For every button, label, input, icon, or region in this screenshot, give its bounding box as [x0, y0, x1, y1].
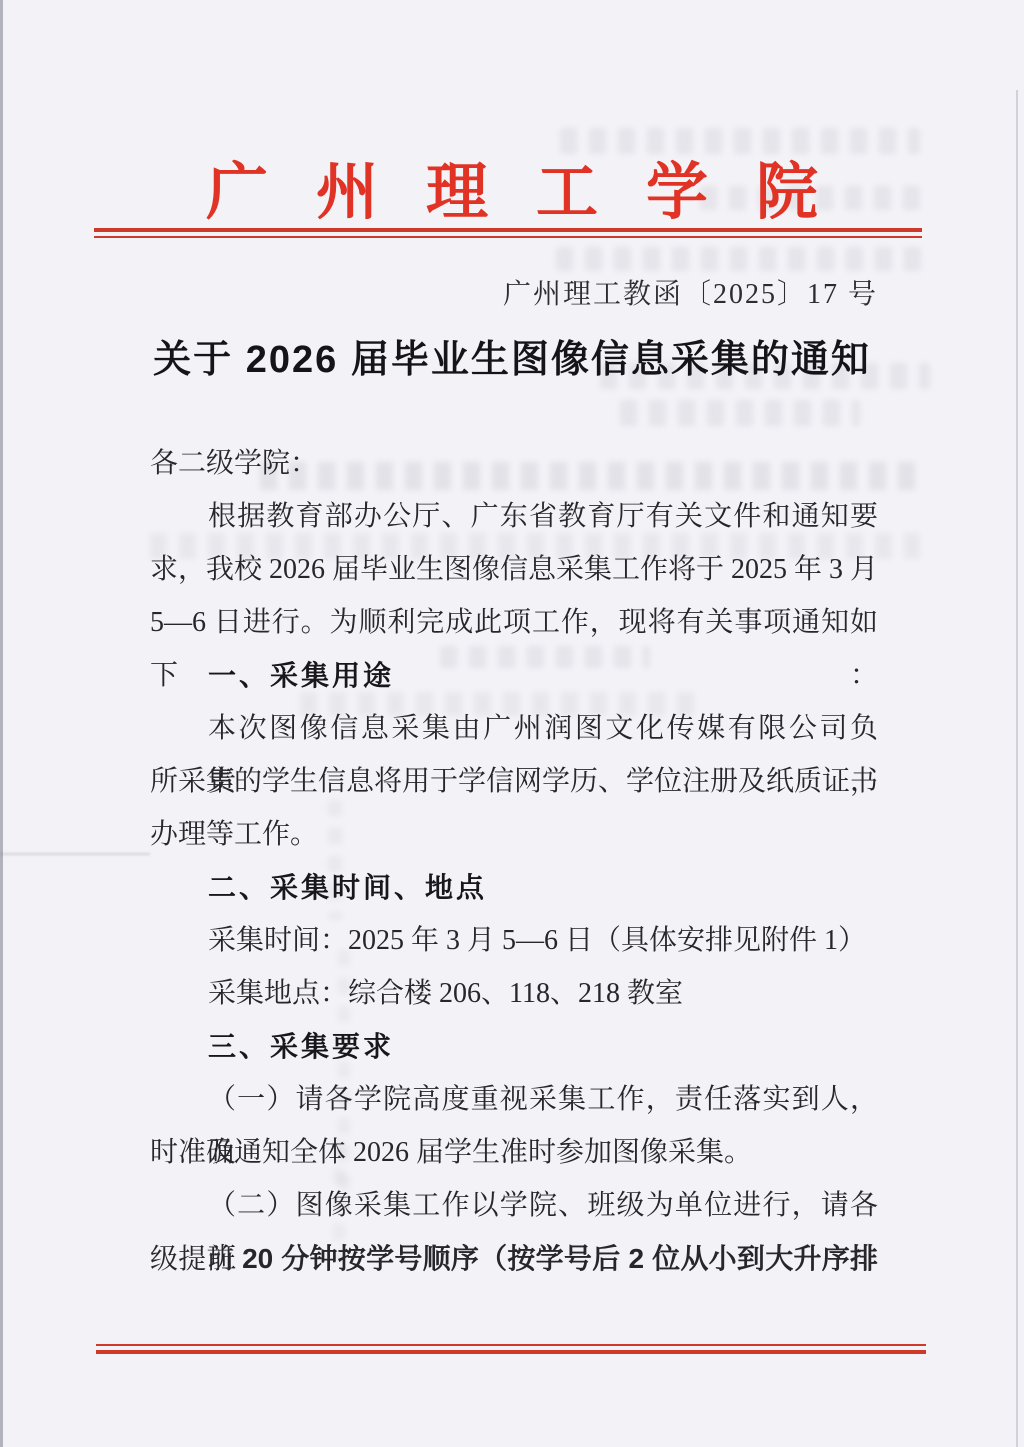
body-line: 5—6 日进行。为顺利完成此项工作，现将有关事项通知如下：	[150, 596, 878, 649]
bleedthrough-smudge	[556, 247, 926, 271]
body-line: 时准确通知全体 2026 届学生准时参加图像采集。	[150, 1126, 878, 1179]
document-body: 各二级学院： 根据教育部办公厅、广东省教育厅有关文件和通知要 求，我校 2026…	[150, 437, 878, 1285]
letterhead-school-name: 广州理工学院	[0, 142, 1024, 231]
body-line: 本次图像信息采集由广州润图文化传媒有限公司负责，	[150, 702, 878, 755]
header-rule-thick	[94, 228, 922, 232]
body-line-bold-part: 20 分钟按学号顺序（按学号后 2 位从小到大升序排	[242, 1243, 878, 1274]
body-line: （一）请各学院高度重视采集工作，责任落实到人，及	[150, 1073, 878, 1126]
salutation-line: 各二级学院：	[150, 437, 878, 490]
body-line: （二）图像采集工作以学院、班级为单位进行，请各班	[150, 1179, 878, 1232]
footer-rule-thick	[96, 1350, 926, 1354]
paper-crease	[0, 853, 150, 855]
scanned-document-page: 广州理工学院 广州理工教函〔2025〕17 号 关于 2026 届毕业生图像信息…	[0, 0, 1024, 1447]
body-line-regular-part: 级提前	[150, 1244, 242, 1275]
body-line: 级提前 20 分钟按学号顺序（按学号后 2 位从小到大升序排	[150, 1232, 878, 1285]
footer-rule-thin	[96, 1344, 926, 1346]
notice-title: 关于 2026 届毕业生图像信息采集的通知	[0, 328, 1024, 383]
section-heading-3: 三、采集要求	[150, 1020, 878, 1073]
body-line: 根据教育部办公厅、广东省教育厅有关文件和通知要	[150, 490, 878, 543]
body-line: 求，我校 2026 届毕业生图像信息采集工作将于 2025 年 3 月	[150, 543, 878, 596]
body-line: 所采集的学生信息将用于学信网学历、学位注册及纸质证书	[150, 755, 878, 808]
bleedthrough-smudge	[620, 400, 860, 426]
scan-edge-shadow-right	[1016, 90, 1018, 1447]
body-line: 采集地点：综合楼 206、118、218 教室	[150, 967, 878, 1020]
body-line: 采集时间：2025 年 3 月 5—6 日（具体安排见附件 1）	[150, 914, 878, 967]
body-line: 办理等工作。	[150, 808, 878, 861]
section-heading-2: 二、采集时间、地点	[150, 861, 878, 914]
header-rule-thin	[94, 236, 922, 238]
document-number: 广州理工教函〔2025〕17 号	[503, 272, 878, 312]
